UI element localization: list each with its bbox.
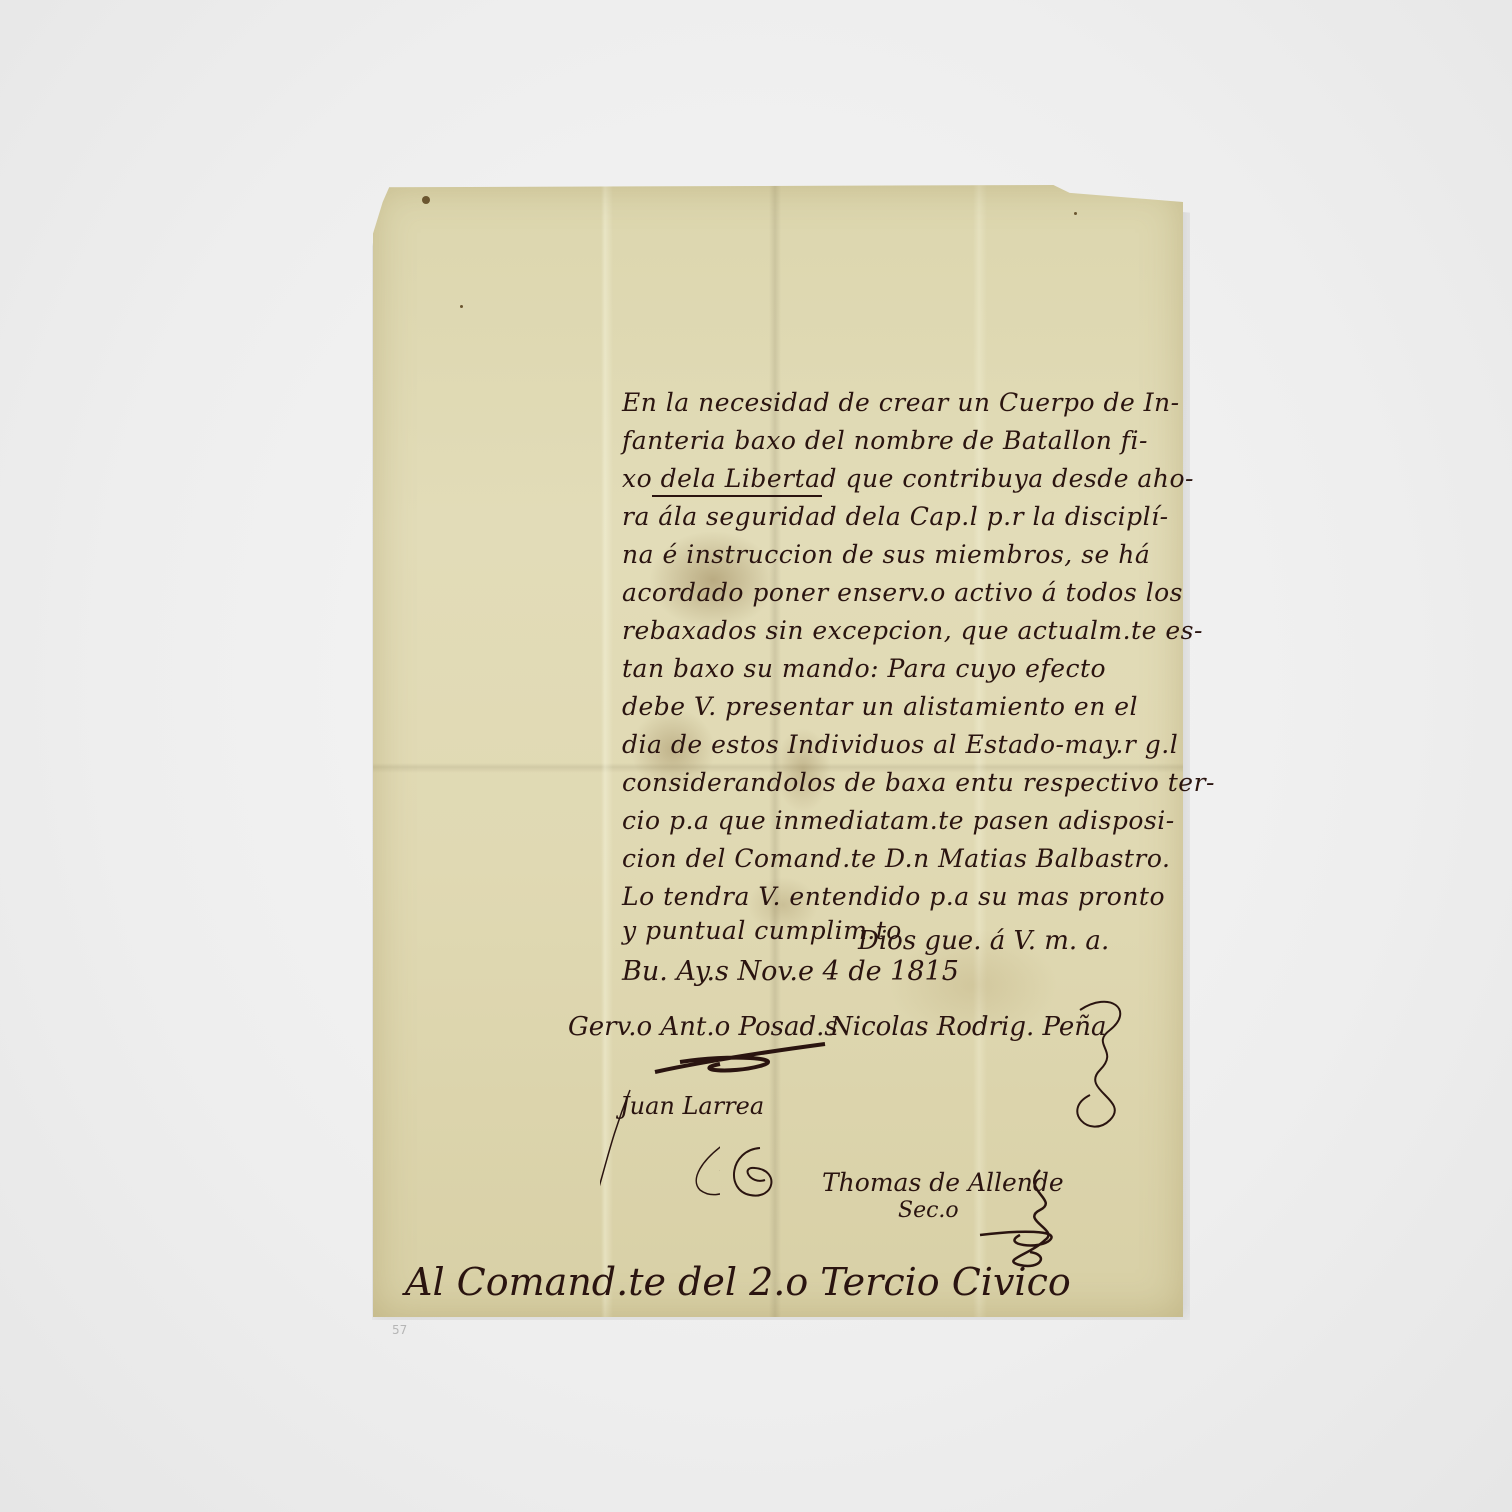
- body-line-7: rebaxados sin excepcion, que actualm.te …: [622, 616, 1203, 645]
- body-line-10: dia de estos Individuos al Estado-may.r …: [622, 730, 1178, 759]
- body-line-1: En la necesidad de crear un Cuerpo de In…: [622, 388, 1180, 417]
- body-line-3: xo dela Libertad que contribuya desde ah…: [622, 464, 1194, 493]
- addressee-line: Al Comand.te del 2.o Tercio Civico: [405, 1260, 1071, 1304]
- body-line-2: fanteria baxo del nombre de Batallon fi-: [622, 426, 1148, 455]
- signature-flourish: [720, 1140, 790, 1210]
- body-line-5: na é instruccion de sus miembros, se há: [622, 540, 1150, 569]
- body-line-8: tan baxo su mando: Para cuyo efecto: [622, 654, 1106, 683]
- pencil-mark: 57: [392, 1323, 407, 1337]
- place-date: Bu. Ay.s Nov.e 4 de 1815: [622, 956, 959, 987]
- signature-flourish: [650, 1040, 830, 1080]
- closing-formula: Dios gue. á V. m. a.: [858, 926, 1109, 956]
- signature-flourish: [600, 1080, 720, 1210]
- body-line-6: acordado poner enserv.o activo á todos l…: [622, 578, 1183, 607]
- signature-flourish: [1050, 990, 1140, 1140]
- body-line-14: Lo tendra V. entendido p.a su mas pronto: [622, 882, 1165, 911]
- signature-posadas: Gerv.o Ant.o Posad.s: [568, 1012, 838, 1042]
- body-line-9: debe V. presentar un alistamiento en el: [622, 692, 1138, 721]
- signature-flourish: [960, 1160, 1080, 1270]
- body-line-4: ra ála seguridad dela Cap.l p.r la disci…: [622, 502, 1169, 531]
- signature-title-secretary: Sec.o: [898, 1198, 959, 1223]
- underline-mark: [652, 495, 822, 497]
- foxing-spot: [1074, 212, 1077, 215]
- body-line-11: considerandolos de baxa entu respectivo …: [622, 768, 1215, 797]
- body-line-13: cion del Comand.te D.n Matias Balbastro.: [622, 844, 1170, 873]
- foxing-spot: [422, 196, 430, 204]
- foxing-spot: [460, 305, 463, 308]
- body-line-12: cio p.a que inmediatam.te pasen adisposi…: [622, 806, 1175, 835]
